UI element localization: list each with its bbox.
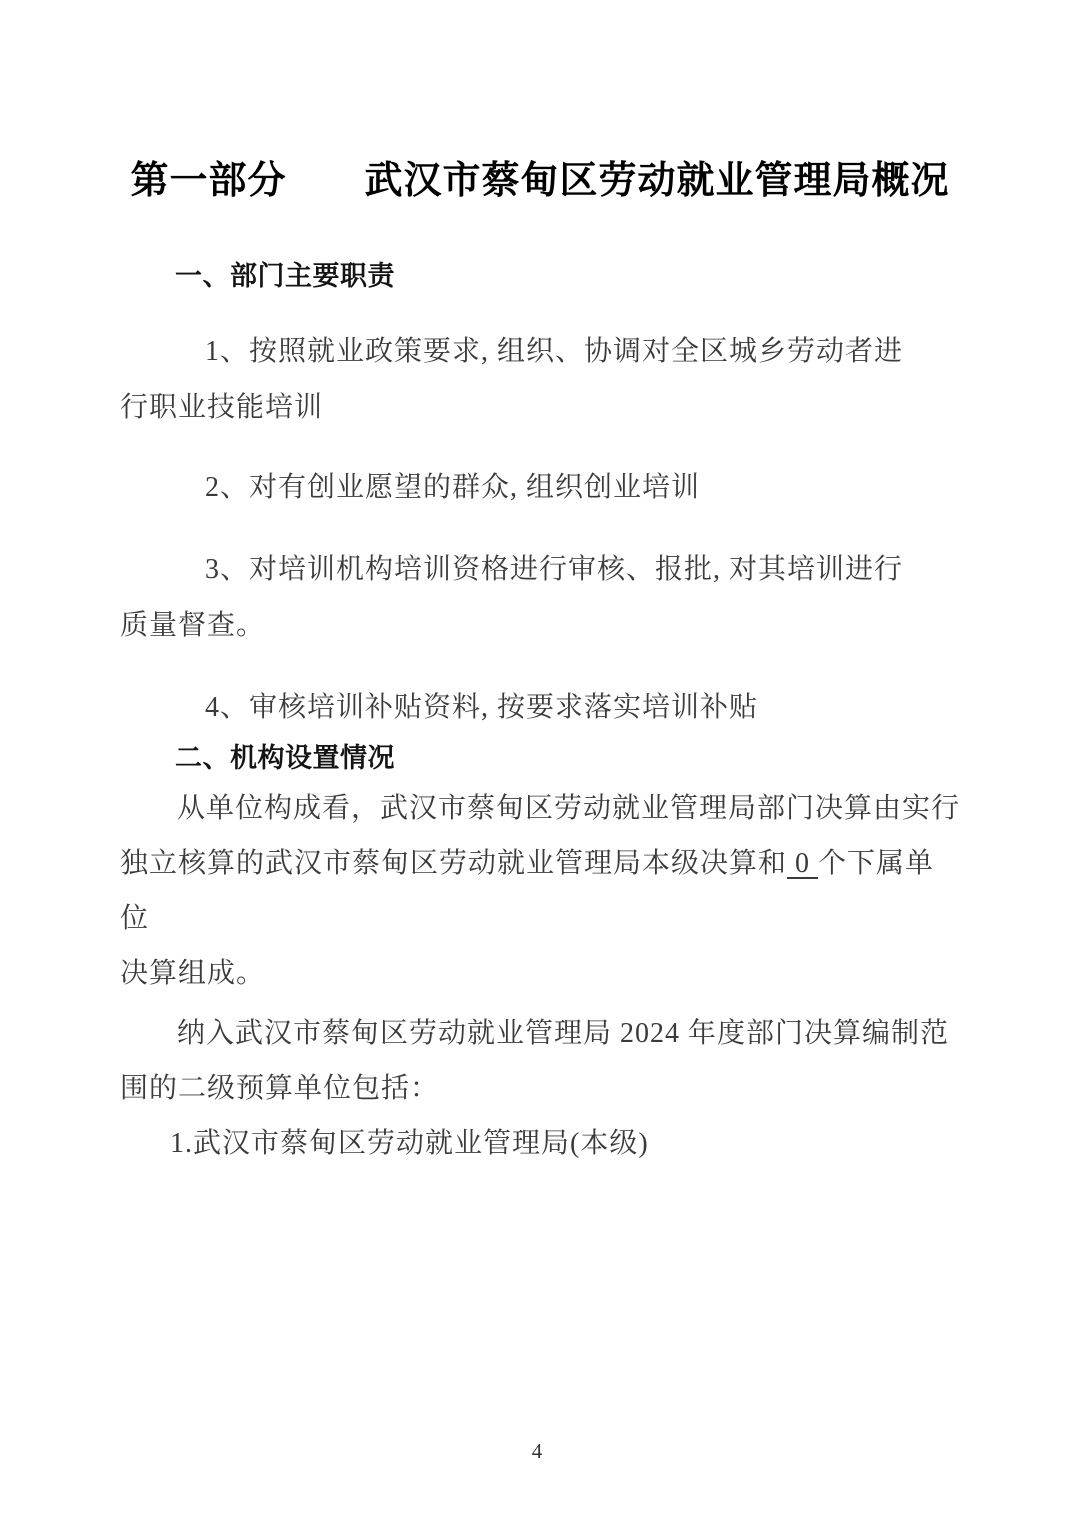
budget-scope-paragraph: 纳入武汉市蔡甸区劳动就业管理局 2024 年度部门决算编制范 围的二级预算单位包… [120,1006,960,1116]
subordinate-unit-count: 0 [787,848,818,879]
duty-item-1: 1、按照就业政策要求, 组织、协调对全区城乡劳动者进 行职业技能培训 [120,324,960,436]
org-composition-paragraph: 从单位构成看，武汉市蔡甸区劳动就业管理局部门决算由实行 独立核算的武汉市蔡甸区劳… [120,781,960,1001]
duty-item-2: 2、对有创业愿望的群众, 组织创业培训 [120,460,960,516]
document-title: 第一部分 武汉市蔡甸区劳动就业管理局概况 [120,158,960,204]
document-page: 第一部分 武汉市蔡甸区劳动就业管理局概况 一、部门主要职责 1、按照就业政策要求… [0,0,1074,1520]
page-number: 4 [0,1440,1074,1462]
section-heading-organization: 二、机构设置情况 [120,738,960,778]
budget-unit-item-1: 1.武汉市蔡甸区劳动就业管理局(本级) [120,1116,960,1171]
duty-item-4: 4、审核培训补贴资料, 按要求落实培训补贴 [120,680,960,736]
section-heading-duties: 一、部门主要职责 [120,256,960,296]
duty-item-3: 3、对培训机构培训资格进行审核、报批, 对其培训进行 质量督查。 [120,542,960,654]
